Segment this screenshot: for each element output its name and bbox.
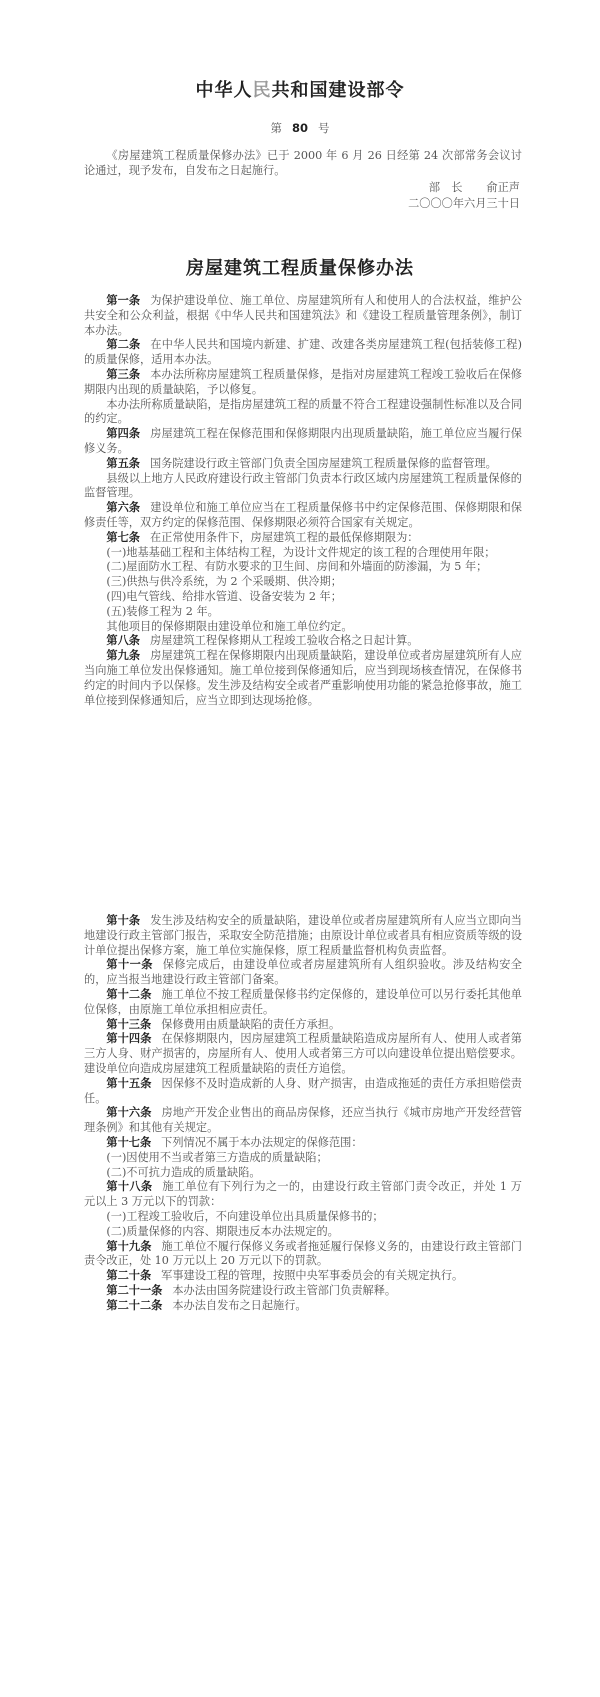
- article-text: 在正常使用条件下，房屋建筑工程的最低保修期限为：: [150, 531, 419, 544]
- article-text: (二)质量保修的内容、期限违反本办法规定的。: [106, 1225, 338, 1238]
- article-paragraph: 第七条在正常使用条件下，房屋建筑工程的最低保修期限为：: [84, 531, 522, 546]
- article-number: 第二条: [106, 338, 140, 351]
- order-title-part: 共和国建设部令: [272, 80, 405, 101]
- article-text: 国务院建设行政主管部门负责全国房屋建筑工程质量保修的监督管理。: [150, 457, 497, 470]
- document-page: 中华人民共和国建设部令 第80号 《房屋建筑工程质量保修办法》已于 2000 年…: [0, 0, 600, 1697]
- article-paragraph: 第五条国务院建设行政主管部门负责全国房屋建筑工程质量保修的监督管理。: [84, 457, 522, 472]
- article-number: 第十五条: [106, 1077, 151, 1090]
- document-title: 房屋建筑工程质量保修办法: [0, 254, 600, 280]
- article-paragraph: 第二十一条本办法由国务院建设行政主管部门负责解释。: [84, 1284, 522, 1299]
- article-number: 第七条: [106, 531, 140, 544]
- article-number: 第二十二条: [106, 1299, 162, 1312]
- article-text: (二)屋面防水工程、有防水要求的卫生间、房间和外墙面的防渗漏，为 5 年；: [106, 560, 487, 573]
- article-number: 第十七条: [106, 1136, 151, 1149]
- article-number: 第五条: [106, 457, 140, 470]
- article-text: 其他项目的保修期限由建设单位和施工单位约定。: [106, 620, 352, 633]
- order-title-part: 中华人: [196, 80, 253, 101]
- article-paragraph: 第十九条施工单位不履行保修义务或者拖延履行保修义务的，由建设行政主管部门责令改正…: [84, 1240, 522, 1270]
- articles-section-2: 第十条发生涉及结构安全的质量缺陷，建设单位或者房屋建筑所有人应当立即向当地建设行…: [84, 914, 522, 1314]
- article-paragraph: 第十三条保修费用由质量缺陷的责任方承担。: [84, 1018, 522, 1033]
- article-paragraph: 第十一条保修完成后，由建设单位或者房屋建筑所有人组织验收。涉及结构安全的，应当报…: [84, 958, 522, 988]
- article-paragraph: 第二条在中华人民共和国境内新建、扩建、改建各类房屋建筑工程(包括装修工程)的质量…: [84, 338, 522, 368]
- article-paragraph: (一)地基基础工程和主体结构工程，为设计文件规定的该工程的合理使用年限；: [84, 546, 522, 561]
- article-number: 第十九条: [106, 1240, 151, 1253]
- order-number-prefix: 第: [270, 121, 282, 135]
- article-paragraph: (一)因使用不当或者第三方造成的质量缺陷；: [84, 1151, 522, 1166]
- article-paragraph: (二)不可抗力造成的质量缺陷。: [84, 1166, 522, 1181]
- article-paragraph: 其他项目的保修期限由建设单位和施工单位约定。: [84, 620, 522, 635]
- article-number: 第九条: [106, 649, 140, 662]
- article-text: (一)地基基础工程和主体结构工程，为设计文件规定的该工程的合理使用年限；: [106, 546, 495, 559]
- article-text: (一)因使用不当或者第三方造成的质量缺陷；: [106, 1151, 327, 1164]
- order-title: 中华人民共和国建设部令: [0, 76, 600, 102]
- signature-date: 二〇〇〇年六月三十日: [330, 196, 520, 211]
- article-paragraph: 第三条本办法所称房屋建筑工程质量保修，是指对房屋建筑工程竣工验收后在保修期限内出…: [84, 368, 522, 398]
- article-number: 第六条: [106, 501, 140, 514]
- article-number: 第一条: [106, 294, 140, 307]
- article-number: 第十八条: [106, 1180, 152, 1193]
- article-paragraph: 第十二条施工单位不按工程质量保修书约定保修的，建设单位可以另行委托其他单位保修，…: [84, 988, 522, 1018]
- article-number: 第十一条: [106, 958, 152, 971]
- article-text: 本办法自发布之日起施行。: [172, 1299, 306, 1312]
- article-text: 房屋建筑工程在保修期限内出现质量缺陷，建设单位或者房屋建筑所有人应当向施工单位发…: [84, 649, 522, 706]
- article-text: 房屋建筑工程在保修范围和保修期限内出现质量缺陷，施工单位应当履行保修义务。: [84, 427, 522, 455]
- article-paragraph: 第十五条因保修不及时造成新的人身、财产损害，由造成拖延的责任方承担赔偿责任。: [84, 1077, 522, 1107]
- article-number: 第三条: [106, 368, 140, 381]
- article-text: 本办法所称质量缺陷，是指房屋建筑工程的质量不符合工程建设强制性标准以及合同的约定…: [84, 398, 522, 426]
- article-text: 建设单位和施工单位应当在工程质量保修书中约定保修范围、保修期限和保修责任等，双方…: [84, 501, 522, 529]
- article-text: 本办法所称房屋建筑工程质量保修，是指对房屋建筑工程竣工验收后在保修期限内出现的质…: [84, 368, 522, 396]
- article-text: 保修费用由质量缺陷的责任方承担。: [161, 1018, 340, 1031]
- article-number: 第八条: [106, 634, 140, 647]
- article-text: 下列情况不属于本办法规定的保修范围：: [161, 1136, 362, 1149]
- article-paragraph: (一)工程竣工验收后，不向建设单位出具质量保修书的；: [84, 1210, 522, 1225]
- article-paragraph: (二)质量保修的内容、期限违反本办法规定的。: [84, 1225, 522, 1240]
- article-text: (二)不可抗力造成的质量缺陷。: [106, 1166, 260, 1179]
- articles-section-1: 第一条为保护建设单位、施工单位、房屋建筑所有人和使用人的合法权益，维护公共安全和…: [84, 294, 522, 708]
- article-paragraph: (二)屋面防水工程、有防水要求的卫生间、房间和外墙面的防渗漏，为 5 年；: [84, 560, 522, 575]
- order-number-value: 80: [292, 121, 308, 135]
- article-number: 第十三条: [106, 1018, 151, 1031]
- article-number: 第二十条: [106, 1269, 151, 1282]
- article-paragraph: 第二十条军事建设工程的管理，按照中央军事委员会的有关规定执行。: [84, 1269, 522, 1284]
- article-paragraph: (三)供热与供冷系统，为 2 个采暖期、供冷期；: [84, 575, 522, 590]
- article-text: 为保护建设单位、施工单位、房屋建筑所有人和使用人的合法权益，维护公共安全和公众利…: [84, 294, 522, 337]
- article-paragraph: 第十八条施工单位有下列行为之一的，由建设行政主管部门责令改正，并处 1 万元以上…: [84, 1180, 522, 1210]
- article-paragraph: 第十六条房地产开发企业售出的商品房保修，还应当执行《城市房地产开发经营管理条例》…: [84, 1106, 522, 1136]
- article-number: 第十四条: [106, 1032, 151, 1045]
- signer-name: 俞正声: [486, 181, 520, 194]
- signature-line: 部 长俞正声: [330, 180, 520, 195]
- signer-title: 部 长: [429, 181, 463, 194]
- article-number: 第二十一条: [106, 1284, 162, 1297]
- article-paragraph: 第九条房屋建筑工程在保修期限内出现质量缺陷，建设单位或者房屋建筑所有人应当向施工…: [84, 649, 522, 708]
- article-number: 第十条: [106, 914, 140, 927]
- order-number: 第80号: [0, 120, 600, 136]
- article-text: (一)工程竣工验收后，不向建设单位出具质量保修书的；: [106, 1210, 383, 1223]
- order-title-part-faded: 民: [253, 80, 272, 101]
- article-text: 发生涉及结构安全的质量缺陷，建设单位或者房屋建筑所有人应当立即向当地建设行政主管…: [84, 914, 522, 957]
- article-paragraph: 第十条发生涉及结构安全的质量缺陷，建设单位或者房屋建筑所有人应当立即向当地建设行…: [84, 914, 522, 958]
- article-text: (四)电气管线、给排水管道、设备安装为 2 年；: [106, 590, 342, 603]
- article-paragraph: 第十四条在保修期限内，因房屋建筑工程质量缺陷造成房屋所有人、使用人或者第三方人身…: [84, 1032, 522, 1076]
- order-preamble: 《房屋建筑工程质量保修办法》已于 2000 年 6 月 26 日经第 24 次部…: [84, 148, 522, 178]
- article-number: 第十六条: [106, 1106, 151, 1119]
- article-text: 军事建设工程的管理，按照中央军事委员会的有关规定执行。: [161, 1269, 463, 1282]
- article-text: 县级以上地方人民政府建设行政主管部门负责本行政区域内房屋建筑工程质量保修的监督管…: [84, 472, 522, 500]
- article-paragraph: 第八条房屋建筑工程保修期从工程竣工验收合格之日起计算。: [84, 634, 522, 649]
- article-paragraph: 第二十二条本办法自发布之日起施行。: [84, 1299, 522, 1314]
- article-paragraph: 第六条建设单位和施工单位应当在工程质量保修书中约定保修范围、保修期限和保修责任等…: [84, 501, 522, 531]
- article-text: (五)装修工程为 2 年。: [106, 605, 218, 618]
- article-text: 本办法由国务院建设行政主管部门负责解释。: [172, 1284, 396, 1297]
- article-paragraph: (五)装修工程为 2 年。: [84, 605, 522, 620]
- order-number-suffix: 号: [318, 121, 330, 135]
- article-paragraph: 第十七条下列情况不属于本办法规定的保修范围：: [84, 1136, 522, 1151]
- article-paragraph: (四)电气管线、给排水管道、设备安装为 2 年；: [84, 590, 522, 605]
- article-paragraph: 本办法所称质量缺陷，是指房屋建筑工程的质量不符合工程建设强制性标准以及合同的约定…: [84, 398, 522, 428]
- article-number: 第四条: [106, 427, 140, 440]
- article-number: 第十二条: [106, 988, 151, 1001]
- article-text: (三)供热与供冷系统，为 2 个采暖期、供冷期；: [106, 575, 342, 588]
- article-text: 在中华人民共和国境内新建、扩建、改建各类房屋建筑工程(包括装修工程)的质量保修，…: [84, 338, 522, 366]
- article-paragraph: 第四条房屋建筑工程在保修范围和保修期限内出现质量缺陷，施工单位应当履行保修义务。: [84, 427, 522, 457]
- article-paragraph: 县级以上地方人民政府建设行政主管部门负责本行政区域内房屋建筑工程质量保修的监督管…: [84, 472, 522, 502]
- article-paragraph: 第一条为保护建设单位、施工单位、房屋建筑所有人和使用人的合法权益，维护公共安全和…: [84, 294, 522, 338]
- article-text: 房屋建筑工程保修期从工程竣工验收合格之日起计算。: [150, 634, 419, 647]
